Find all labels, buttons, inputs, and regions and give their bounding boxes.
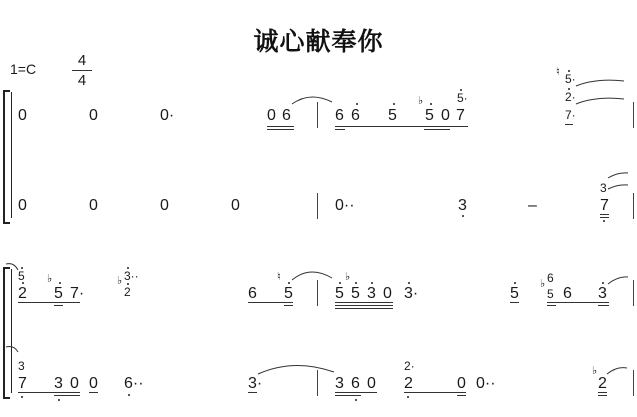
underline [267, 129, 294, 130]
note: 7· [70, 285, 84, 303]
note: 0 [18, 197, 27, 215]
octave-dot-low [603, 220, 605, 222]
note: 0 [367, 375, 376, 393]
chord-note: 3 [600, 182, 607, 195]
octave-dot-low [21, 396, 23, 398]
note: 2 [598, 375, 607, 393]
page-title: 诚心献奉你 [0, 22, 637, 58]
barline [633, 102, 634, 128]
underline [457, 395, 466, 396]
underline [335, 129, 345, 130]
note: 0 [89, 197, 98, 215]
octave-dot-low [355, 399, 357, 401]
underline [600, 217, 609, 218]
note: 6·· [124, 375, 144, 393]
note: 3· [404, 285, 418, 303]
tie-arc [607, 366, 629, 376]
chord-note: 3 [18, 360, 25, 373]
note: 0 [89, 107, 98, 125]
octave-dot [59, 282, 61, 284]
tie-arc [608, 276, 630, 286]
flat-icon: ♭ [47, 274, 52, 285]
system-brace-inner [11, 269, 12, 393]
octave-dot [430, 103, 432, 105]
octave-dot [127, 283, 129, 285]
note: 0 [70, 375, 79, 393]
tie-arc [608, 172, 630, 184]
tie-arc [576, 78, 626, 88]
note: 7 [600, 197, 609, 215]
note: 5 [335, 285, 344, 303]
note: 0 [231, 197, 240, 215]
note: 0·· [476, 375, 496, 393]
octave-dot [356, 103, 358, 105]
system-brace-inner [11, 92, 12, 218]
note: 3 [54, 375, 63, 393]
note: 0·· [335, 197, 355, 215]
note: 3 [367, 285, 376, 303]
octave-dot [127, 267, 129, 269]
tie-arc [292, 268, 334, 282]
flat-icon: ♭ [592, 366, 597, 377]
note: 2 [18, 285, 27, 303]
underline [335, 308, 393, 309]
octave-dot [568, 88, 570, 90]
underline [565, 124, 573, 125]
underline [547, 302, 609, 303]
time-denominator: 4 [72, 72, 92, 89]
note: 6 [351, 375, 360, 393]
chord-note: 2· [565, 91, 576, 104]
note: 0 [383, 285, 392, 303]
note: 6 [335, 107, 344, 125]
note: 5 [54, 285, 63, 303]
underline [89, 392, 98, 393]
underline [267, 126, 294, 127]
time-divider [72, 70, 92, 71]
barline [633, 193, 634, 219]
underline [335, 392, 377, 393]
tie-arc [292, 94, 334, 106]
chord-note: 7· [565, 109, 576, 122]
underline [600, 214, 609, 215]
time-numerator: 4 [72, 52, 92, 69]
underline [284, 305, 293, 306]
note: 0 [441, 107, 450, 125]
underline [335, 302, 393, 303]
octave-dot [568, 70, 570, 72]
underline [598, 305, 609, 306]
underline [248, 392, 257, 393]
barline [317, 102, 318, 128]
note: 5 [547, 288, 554, 301]
natural-icon: ♮ [277, 272, 281, 283]
note: 0 [160, 197, 169, 215]
natural-icon: ♮ [556, 67, 560, 78]
note: 5 [510, 285, 519, 303]
note: 0· [160, 107, 174, 125]
underline [335, 126, 468, 127]
underline [54, 305, 63, 306]
chord-note: 2· [404, 360, 415, 373]
note: 6 [351, 107, 360, 125]
flat-icon: ♭ [345, 272, 350, 283]
octave-dot [21, 267, 23, 269]
tie-arc [608, 184, 630, 192]
tie-arc [258, 362, 336, 376]
chord-note: 5· [565, 73, 576, 86]
note: 3 [458, 197, 467, 215]
note: 0 [267, 107, 276, 125]
octave-dot [355, 282, 357, 284]
note: 0 [457, 375, 466, 393]
note: 0 [89, 375, 98, 393]
underline [424, 129, 450, 130]
system-brace [3, 267, 10, 399]
chord-note: 6 [547, 272, 554, 285]
octave-dot-low [58, 399, 60, 401]
flat-icon: ♭ [418, 96, 423, 107]
note: 3· [248, 375, 262, 393]
barline [317, 193, 318, 219]
note: 3 [335, 375, 344, 393]
flat-icon: ♭ [117, 276, 122, 287]
octave-dot-low [407, 396, 409, 398]
underline [510, 302, 519, 303]
chord-note: 5· [457, 92, 468, 105]
note: 0 [18, 107, 27, 125]
underline [598, 395, 607, 396]
octave-dot [288, 282, 290, 284]
note: 5 [284, 285, 293, 303]
underline [404, 392, 466, 393]
octave-dot [339, 282, 341, 284]
tie-arc [6, 345, 20, 355]
tie-arc [576, 96, 626, 106]
note: 5 [388, 107, 397, 125]
chord-note: 5 [18, 270, 25, 283]
barline [633, 280, 634, 306]
note: 2 [404, 375, 413, 393]
underline [335, 305, 393, 306]
underline [54, 395, 80, 396]
note: 6 [563, 285, 572, 303]
note: 5 [425, 107, 434, 125]
octave-dot [460, 89, 462, 91]
key-signature: 1=C [10, 61, 36, 77]
underline [18, 392, 80, 393]
note: – [528, 197, 537, 215]
octave-dot [408, 282, 410, 284]
barline [633, 370, 634, 396]
time-signature: 4 4 [72, 52, 92, 89]
underline [248, 302, 293, 303]
octave-dot [393, 103, 395, 105]
octave-dot [371, 282, 373, 284]
system-brace [3, 90, 10, 224]
note: 6 [248, 285, 257, 303]
octave-dot [602, 282, 604, 284]
barline [317, 280, 318, 306]
flat-icon: ♭ [540, 279, 545, 290]
chord-note: 2 [124, 286, 131, 299]
note: 5 [351, 285, 360, 303]
underline [18, 302, 80, 303]
note: 7 [18, 375, 27, 393]
underline [335, 395, 361, 396]
chord-note: 3·· [124, 270, 139, 283]
octave-dot [22, 282, 24, 284]
note: 6 [282, 107, 291, 125]
underline [598, 392, 607, 393]
note: 7 [456, 107, 465, 125]
octave-dot [514, 282, 516, 284]
octave-dot-low [462, 215, 464, 217]
underline [547, 305, 556, 306]
note: 3 [598, 285, 607, 303]
barline [317, 370, 318, 396]
octave-dot-low [128, 394, 130, 396]
